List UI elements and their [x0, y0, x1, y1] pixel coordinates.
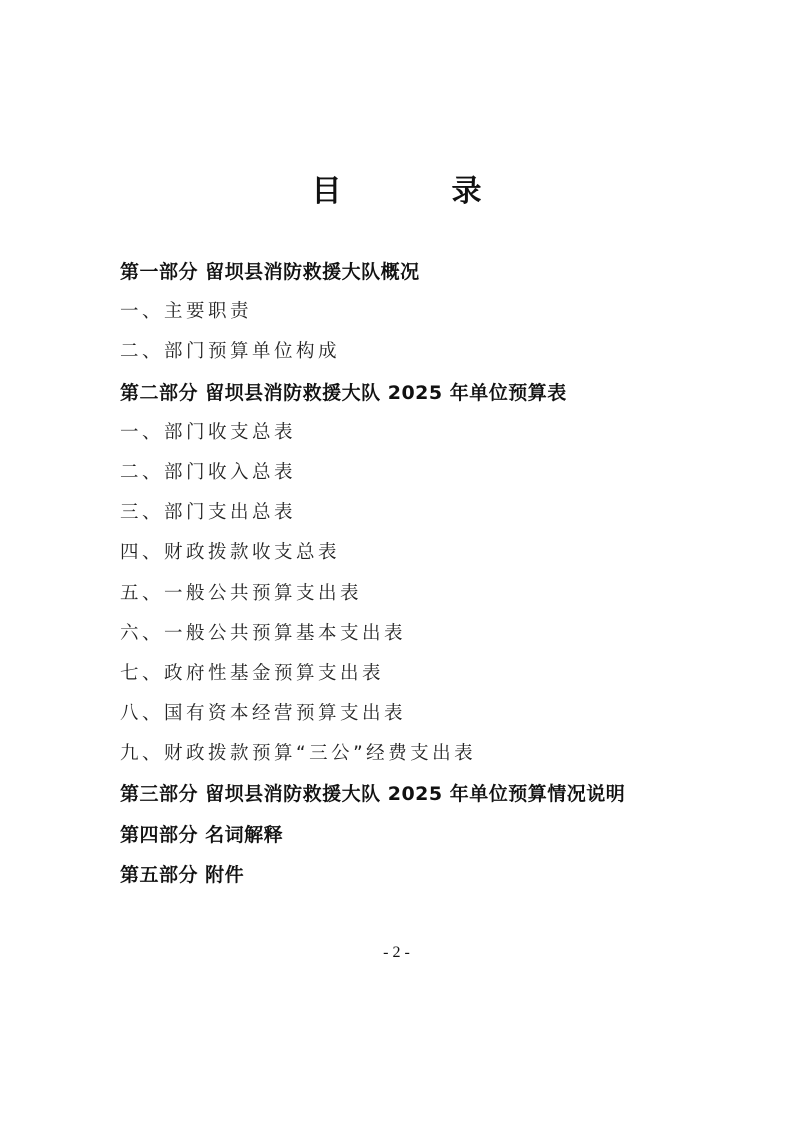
- toc-item: 五、一般公共预算支出表: [120, 578, 740, 618]
- toc-part-1: 第一部分 留坝县消防救援大队概况: [120, 256, 740, 296]
- toc-item: 四、财政拨款收支总表: [120, 537, 740, 577]
- toc-item: 一、主要职责: [120, 296, 740, 336]
- toc-item: 六、一般公共预算基本支出表: [120, 618, 740, 658]
- toc-part-4: 第四部分 名词解释: [120, 819, 740, 859]
- toc-item: 二、部门收入总表: [120, 457, 740, 497]
- toc-item: 九、财政拨款预算“三公”经费支出表: [120, 738, 740, 778]
- toc-item: 七、政府性基金预算支出表: [120, 658, 740, 698]
- toc-item: 八、国有资本经营预算支出表: [120, 698, 740, 738]
- page-title: 目 录: [0, 166, 793, 210]
- toc-part-3: 第三部分 留坝县消防救援大队 2025 年单位预算情况说明: [120, 778, 740, 818]
- table-of-contents: 第一部分 留坝县消防救援大队概况 一、主要职责 二、部门预算单位构成 第二部分 …: [120, 256, 740, 899]
- toc-item: 二、部门预算单位构成: [120, 336, 740, 376]
- page-number: - 2 -: [0, 944, 793, 962]
- toc-item: 三、部门支出总表: [120, 497, 740, 537]
- toc-item: 一、部门收支总表: [120, 417, 740, 457]
- toc-part-5: 第五部分 附件: [120, 859, 740, 899]
- toc-part-2: 第二部分 留坝县消防救援大队 2025 年单位预算表: [120, 377, 740, 417]
